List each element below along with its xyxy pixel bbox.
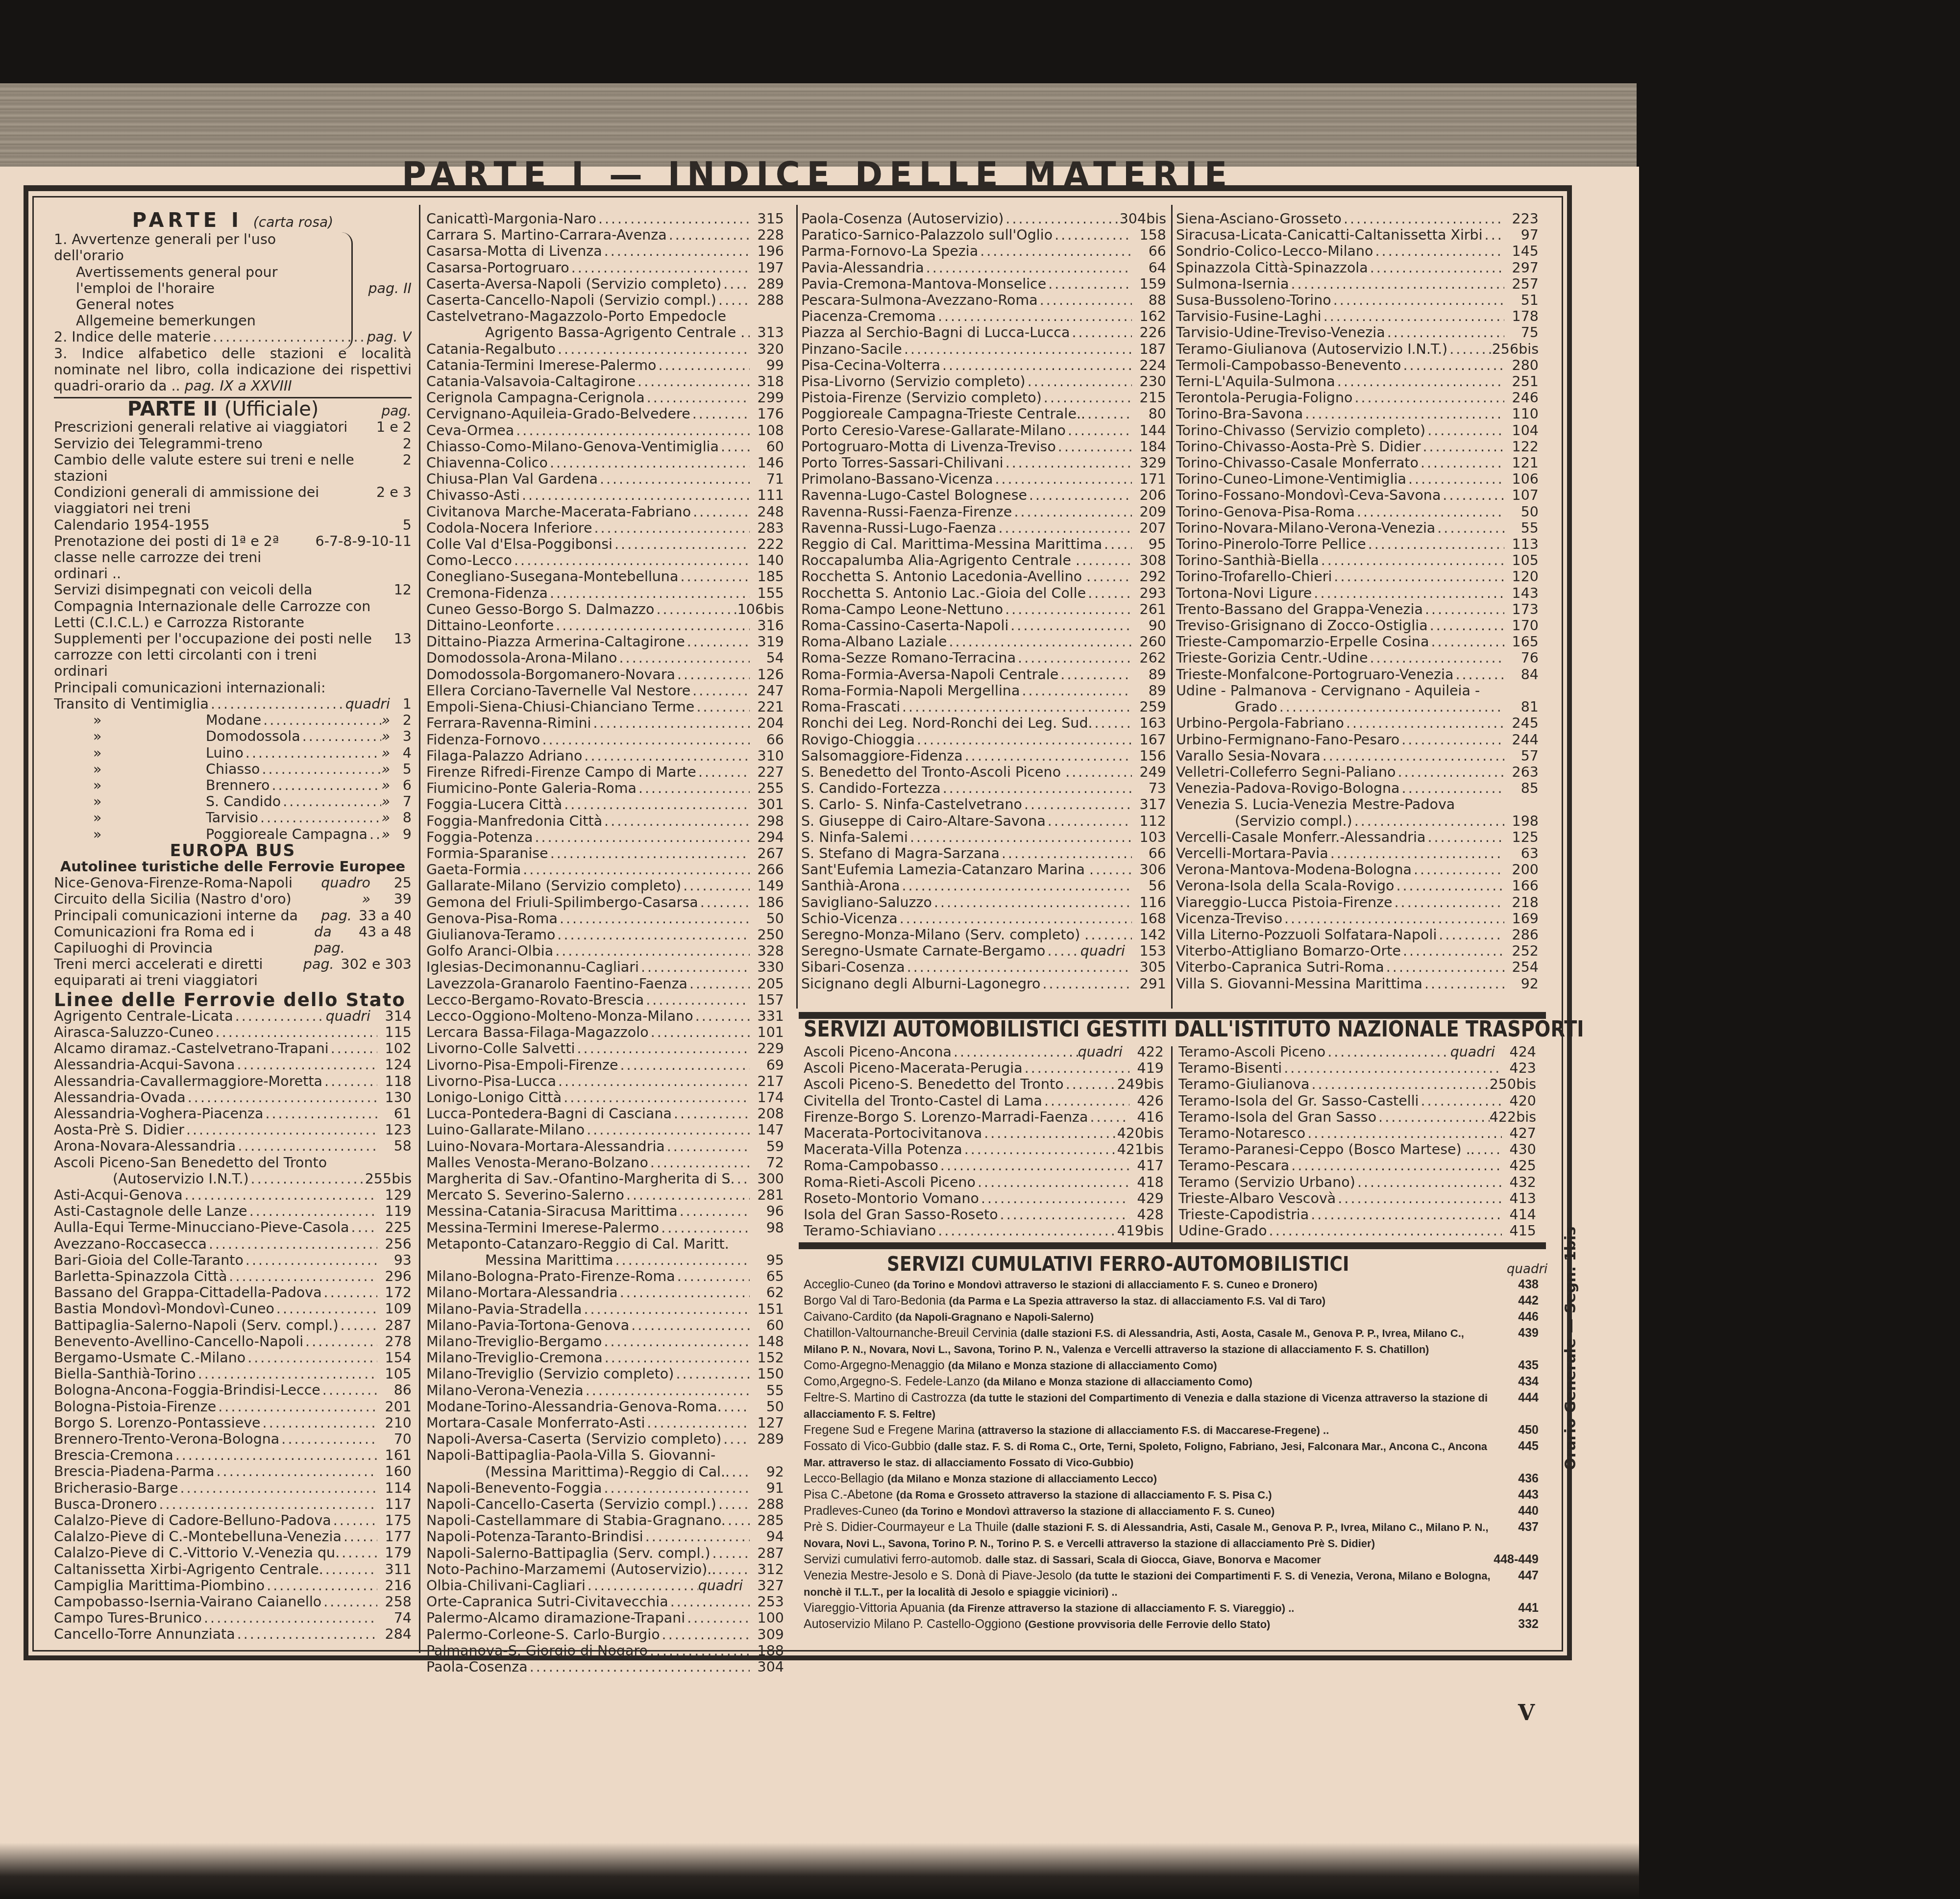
index-entry[interactable]: Palermo-Corleone-S. Carlo-Burgio309 <box>426 1627 784 1643</box>
index-entry[interactable]: Ravenna-Russi-Lugo-Faenza207 <box>801 520 1166 536</box>
index-entry[interactable]: Cremona-Fidenza155 <box>426 585 784 601</box>
index-entry[interactable]: Pinzano-Sacile187 <box>801 341 1166 357</box>
index-entry[interactable]: Margherita di Sav.-Ofantino-Margherita d… <box>426 1171 784 1187</box>
index-entry[interactable]: Torino-Cuneo-Limone-Ventimiglia106 <box>1176 471 1539 487</box>
index-entry[interactable]: Firenze-Borgo S. Lorenzo-Marradi-Faenza4… <box>804 1109 1164 1125</box>
index-entry[interactable]: Viterbo-Attigliano Bomarzo-Orte252 <box>1176 943 1539 959</box>
index-entry[interactable]: Santhià-Arona56 <box>801 878 1166 894</box>
index-entry[interactable]: Rocchetta S. Antonio Lac.-Gioia del Coll… <box>801 585 1166 601</box>
index-entry[interactable]: Roma-Sezze Romano-Terracina262 <box>801 650 1166 666</box>
index-entry[interactable]: Tarvisio-Udine-Treviso-Venezia75 <box>1176 324 1539 341</box>
index-entry[interactable]: Venezia S. Lucia-Venezia Mestre-Padova <box>1176 796 1539 813</box>
index-entry[interactable]: Noto-Pachino-Marzamemi (Autoservizio)..3… <box>426 1561 784 1578</box>
index-entry[interactable]: Sicignano degli Alburni-Lagonegro291 <box>801 976 1166 992</box>
index-entry[interactable]: Mercato S. Severino-Salerno281 <box>426 1187 784 1203</box>
index-entry[interactable]: Chiavenna-Colico146 <box>426 455 784 471</box>
cumulative-entry[interactable]: Viareggio-Vittoria Apuania (da Firenze a… <box>804 1600 1539 1616</box>
index-entry[interactable]: Aosta-Prè S. Didier123 <box>54 1122 412 1138</box>
index-entry[interactable]: Napoli-Potenza-Taranto-Brindisi94 <box>426 1529 784 1545</box>
index-entry[interactable]: Roseto-Montorio Vomano429 <box>804 1190 1164 1207</box>
index-entry[interactable]: Torino-Pinerolo-Torre Pellice113 <box>1176 536 1539 552</box>
index-entry[interactable]: Seregno-Monza-Milano (Serv. completo) .1… <box>801 927 1166 943</box>
index-entry[interactable]: Milano-Verona-Venezia55 <box>426 1382 784 1399</box>
index-entry[interactable]: Udine - Palmanova - Cervignano - Aquilei… <box>1176 683 1539 699</box>
index-entry[interactable]: Alessandria-Voghera-Piacenza61 <box>54 1106 412 1122</box>
index-entry[interactable]: Torino-Bra-Savona110 <box>1176 406 1539 422</box>
index-entry[interactable]: Macerata-Villa Potenza421bis <box>804 1141 1164 1158</box>
index-entry[interactable]: Terontola-Perugia-Foligno246 <box>1176 390 1539 406</box>
index-entry[interactable]: Milano-Mortara-Alessandria62 <box>426 1284 784 1301</box>
index-entry[interactable]: Velletri-Colleferro Segni-Paliano263 <box>1176 764 1539 780</box>
index-entry[interactable]: Lercara Bassa-Filaga-Magazzolo101 <box>426 1024 784 1040</box>
index-entry[interactable]: Treni merci accelerati e diretti equipar… <box>54 956 412 988</box>
index-entry[interactable]: Roma-Formia-Napoli Mergellina89 <box>801 683 1166 699</box>
parte1-item3[interactable]: 3. Indice alfabetico delle stazioni e lo… <box>54 345 412 395</box>
index-entry-continuation[interactable]: (Autoservizio I.N.T.)255bis <box>54 1171 412 1187</box>
transit-entry[interactable]: »Luino»4 <box>54 745 412 761</box>
index-entry[interactable]: Casarsa-Motta di Livenza196 <box>426 243 784 259</box>
index-entry[interactable]: Calalzo-Pieve di C.-Vittorio V.-Venezia … <box>54 1545 412 1561</box>
index-entry[interactable]: Battipaglia-Salerno-Napoli (Serv. compl.… <box>54 1317 412 1333</box>
index-entry[interactable]: Torino-Fossano-Mondovì-Ceva-Savona107 <box>1176 487 1539 503</box>
cumulative-entry[interactable]: Fossato di Vico-Gubbio (dalle staz. F. S… <box>804 1438 1539 1471</box>
index-entry[interactable]: Terni-L'Aquila-Sulmona251 <box>1176 373 1539 390</box>
index-entry[interactable]: Trieste-Gorizia Centr.-Udine76 <box>1176 650 1539 666</box>
index-entry[interactable]: Casarsa-Portogruaro197 <box>426 260 784 276</box>
index-entry[interactable]: Foggia-Potenza294 <box>426 829 784 845</box>
index-entry[interactable]: Pistoia-Firenze (Servizio completo)215 <box>801 390 1166 406</box>
index-entry[interactable]: Chiusa-Plan Val Gardena71 <box>426 471 784 487</box>
index-entry[interactable]: Campo Tures-Brunico74 <box>54 1610 412 1626</box>
transit-entry[interactable]: »Poggioreale Campagna»9 <box>54 826 412 842</box>
index-entry[interactable]: Bologna-Pistoia-Firenze201 <box>54 1399 412 1415</box>
index-entry[interactable]: Lecco-Bergamo-Rovato-Brescia157 <box>426 992 784 1008</box>
index-entry[interactable]: Cervignano-Aquileia-Grado-Belvedere176 <box>426 406 784 422</box>
index-entry[interactable]: Vercelli-Casale Monferr.-Alessandria125 <box>1176 829 1539 845</box>
parte1-item1[interactable]: 1. Avvertenze generali per l'uso dell'or… <box>54 231 412 329</box>
index-entry[interactable]: Rovigo-Chioggia167 <box>801 732 1166 748</box>
index-entry[interactable]: Busca-Dronero117 <box>54 1496 412 1512</box>
cumulative-entry[interactable]: Autoservizio Milano P. Castello-Oggiono … <box>804 1616 1539 1632</box>
index-entry[interactable]: Brescia-Cremona161 <box>54 1447 412 1463</box>
transit-entry[interactable]: »S. Candido»7 <box>54 793 412 810</box>
index-entry[interactable]: Napoli-Salerno-Battipaglia (Serv. compl.… <box>426 1545 784 1561</box>
index-entry[interactable]: Paratico-Sarnico-Palazzolo sull'Oglio158 <box>801 227 1166 243</box>
index-entry[interactable]: Piazza al Serchio-Bagni di Lucca-Lucca22… <box>801 324 1166 341</box>
index-entry[interactable]: Golfo Aranci-Olbia328 <box>426 943 784 959</box>
index-entry[interactable]: Teramo-Pescara425 <box>1178 1158 1536 1174</box>
index-entry[interactable]: Prenotazione dei posti di 1ª e 2ª classe… <box>54 533 412 582</box>
index-entry[interactable]: Primolano-Bassano-Vicenza171 <box>801 471 1166 487</box>
index-entry[interactable]: Villa Literno-Pozzuoli Solfatara-Napoli2… <box>1176 927 1539 943</box>
index-entry[interactable]: Modane-Torino-Alessandria-Genova-Roma.50 <box>426 1399 784 1415</box>
parte1-item2[interactable]: 2. Indice delle materiepag. V <box>54 329 412 345</box>
index-entry-continuation[interactable]: Grado81 <box>1176 699 1539 715</box>
index-entry[interactable]: Caserta-Aversa-Napoli (Servizio completo… <box>426 276 784 292</box>
transit-entry[interactable]: »Brennero»6 <box>54 777 412 793</box>
index-entry[interactable]: Campiglia Marittima-Piombino216 <box>54 1578 412 1594</box>
index-entry[interactable]: Chiasso-Como-Milano-Genova-Ventimiglia60 <box>426 439 784 455</box>
index-entry[interactable]: Luino-Novara-Mortara-Alessandria59 <box>426 1138 784 1155</box>
index-entry[interactable]: S. Stefano di Magra-Sarzana66 <box>801 845 1166 862</box>
index-entry[interactable]: Bassano del Grappa-Cittadella-Padova172 <box>54 1284 412 1301</box>
index-entry[interactable]: Livorno-Colle Salvetti229 <box>426 1040 784 1057</box>
index-entry[interactable]: Trieste-Campomarzio-Erpelle Cosina165 <box>1176 634 1539 650</box>
index-entry[interactable]: Prescrizioni generali relative ai viaggi… <box>54 419 412 435</box>
index-entry[interactable]: Brennero-Trento-Verona-Bologna70 <box>54 1431 412 1447</box>
page-ref: 154 <box>377 1350 412 1366</box>
cumulative-entry[interactable]: Chatillon-Valtournanche-Breuil Cervinia … <box>804 1325 1539 1357</box>
index-entry[interactable]: Barletta-Spinazzola Città296 <box>54 1268 412 1284</box>
cumulative-entry[interactable]: Caivano-Cardito (da Napoli-Gragnano e Na… <box>804 1309 1539 1325</box>
index-entry[interactable]: Poggioreale Campagna-Trieste Centrale..8… <box>801 406 1166 422</box>
cumulative-entry[interactable]: Como-Argegno-Menaggio (da Milano e Monza… <box>804 1357 1539 1374</box>
index-entry[interactable]: Napoli-Castellammare di Stabia-Gragnano.… <box>426 1512 784 1529</box>
index-entry[interactable]: Milano-Pavia-Tortona-Genova60 <box>426 1317 784 1333</box>
cumulative-entry[interactable]: Borgo Val di Taro-Bedonia (da Parma e La… <box>804 1293 1539 1309</box>
index-entry[interactable]: Vercelli-Mortara-Pavia63 <box>1176 845 1539 862</box>
index-entry[interactable]: Roma-Rieti-Ascoli Piceno418 <box>804 1174 1164 1190</box>
cumulative-entry[interactable]: Acceglio-Cuneo (da Torino e Mondovì attr… <box>804 1277 1539 1293</box>
index-entry[interactable]: Pisa-Livorno (Servizio completo)230 <box>801 373 1166 390</box>
index-entry[interactable]: Tarvisio-Fusine-Laghi178 <box>1176 308 1539 324</box>
index-entry[interactable]: Roccapalumba Alia-Agrigento Centrale .30… <box>801 552 1166 568</box>
index-entry[interactable]: Avezzano-Roccasecca256 <box>54 1236 412 1252</box>
index-entry[interactable]: Biella-Santhià-Torino105 <box>54 1366 412 1382</box>
index-entry[interactable]: Trieste-Monfalcone-Portogruaro-Venezia84 <box>1176 666 1539 683</box>
page-ref: 187 <box>1132 341 1166 357</box>
index-entry[interactable]: Roma-Cassino-Caserta-Napoli90 <box>801 617 1166 634</box>
index-entry[interactable]: Foggia-Manfredonia Città298 <box>426 813 784 829</box>
index-entry[interactable]: Roma-Albano Laziale260 <box>801 634 1166 650</box>
index-entry[interactable]: Codola-Nocera Inferiore283 <box>426 520 784 536</box>
index-entry[interactable]: Teramo-Giulianova (Autoservizio I.N.T.)2… <box>1176 341 1539 357</box>
index-entry[interactable]: Viareggio-Lucca Pistoia-Firenze218 <box>1176 894 1539 911</box>
index-entry[interactable]: Macerata-Portocivitanova420bis <box>804 1125 1164 1141</box>
index-entry[interactable]: Pisa-Cecina-Volterra224 <box>801 357 1166 373</box>
index-entry[interactable]: Alessandria-Cavallermaggiore-Moretta118 <box>54 1073 412 1089</box>
index-entry[interactable]: Teramo (Servizio Urbano)432 <box>1178 1174 1536 1190</box>
index-entry[interactable]: Torino-Trofarello-Chieri120 <box>1176 568 1539 585</box>
index-entry[interactable]: Ferrara-Ravenna-Rimini204 <box>426 715 784 731</box>
index-entry[interactable]: Siracusa-Licata-Canicatti-Caltanissetta … <box>1176 227 1539 243</box>
index-entry[interactable]: Milano-Treviglio-Cremona152 <box>426 1350 784 1366</box>
index-entry[interactable]: Bologna-Ancona-Foggia-Brindisi-Lecce86 <box>54 1382 412 1398</box>
index-entry[interactable]: Napoli-Cancello-Caserta (Servizio compl.… <box>426 1496 784 1512</box>
index-entry[interactable]: Teramo-Ascoli Picenoquadri424 <box>1178 1044 1536 1060</box>
index-entry[interactable]: Cuneo Gesso-Borgo S. Dalmazzo106bis <box>426 601 784 617</box>
index-entry[interactable]: Portogruaro-Motta di Livenza-Treviso184 <box>801 439 1166 455</box>
page-ref: 306 <box>1132 862 1166 878</box>
index-entry[interactable]: Airasca-Saluzzo-Cuneo115 <box>54 1024 412 1040</box>
index-entry[interactable]: S. Carlo- S. Ninfa-Castelvetrano317 <box>801 796 1166 813</box>
cumulative-entry[interactable]: Lecco-Bellagio (da Milano e Monza stazio… <box>804 1471 1539 1487</box>
index-entry[interactable]: Dittaino-Leonforte316 <box>426 617 784 634</box>
index-entry[interactable]: Firenze Rifredi-Firenze Campo di Marte22… <box>426 764 784 780</box>
cumulative-heading: SERVIZI CUMULATIVI FERRO-AUTOMOBILISTICI <box>887 1252 1349 1276</box>
index-entry[interactable]: Giulianova-Teramo250 <box>426 927 784 943</box>
index-entry[interactable]: Cambio delle valute estere sui treni e n… <box>54 452 412 484</box>
index-entry[interactable]: Benevento-Avellino-Cancello-Napoli278 <box>54 1333 412 1350</box>
index-entry[interactable]: Fidenza-Fornovo66 <box>426 732 784 748</box>
index-entry[interactable]: Principali comunicazioni interne dapag.3… <box>54 908 412 924</box>
index-entry-continuation[interactable]: (Servizio compl.)198 <box>1176 813 1539 829</box>
index-entry[interactable]: Domodossola-Arona-Milano54 <box>426 650 784 666</box>
index-entry[interactable]: Teramo-Isola del Gran Sasso422bis <box>1178 1109 1536 1125</box>
index-entry[interactable]: Servizio dei Telegrammi-treno2 <box>54 436 412 452</box>
index-entry[interactable]: Chivasso-Asti111 <box>426 487 784 503</box>
index-entry-continuation[interactable]: Messina Marittima95 <box>426 1252 784 1268</box>
index-entry[interactable]: Sibari-Cosenza305 <box>801 959 1166 975</box>
transit-entry[interactable]: »Tarvisio»8 <box>54 810 412 826</box>
index-entry[interactable]: Asti-Acqui-Genova129 <box>54 1187 412 1203</box>
index-entry[interactable]: Orte-Capranica Sutri-Civitavecchia253 <box>426 1594 784 1610</box>
index-entry[interactable]: Alessandria-Acqui-Savona124 <box>54 1057 412 1073</box>
index-entry[interactable]: Circuito della Sicilia (Nastro d'oro)»39 <box>54 891 412 907</box>
index-entry[interactable]: Ascoli Piceno-Anconaquadri422 <box>804 1044 1164 1060</box>
cumulative-entry[interactable]: Pradleves-Cuneo (da Torino e Mondovì att… <box>804 1503 1539 1519</box>
index-entry[interactable]: Siena-Asciano-Grosseto223 <box>1176 211 1539 227</box>
index-entry[interactable]: Trieste-Capodistria414 <box>1178 1207 1536 1223</box>
index-entry[interactable]: Como-Lecco140 <box>426 552 784 568</box>
index-entry[interactable]: Trieste-Albaro Vescovà413 <box>1178 1190 1536 1207</box>
index-entry[interactable]: Trento-Bassano del Grappa-Venezia173 <box>1176 601 1539 617</box>
index-entry[interactable]: Teramo-Notaresco427 <box>1178 1125 1536 1141</box>
cumulative-entry[interactable]: Como,Argegno-S. Fedele-Lanzo (da Milano … <box>804 1374 1539 1390</box>
index-entry[interactable]: Livorno-Pisa-Lucca217 <box>426 1073 784 1089</box>
index-entry[interactable]: Conegliano-Susegana-Montebelluna185 <box>426 568 784 585</box>
index-entry[interactable]: Urbino-Fermignano-Fano-Pesaro244 <box>1176 732 1539 748</box>
index-entry[interactable]: Teramo-Isola del Gr. Sasso-Castelli420 <box>1178 1093 1536 1109</box>
index-entry[interactable]: Messina-Termini Imerese-Palermo98 <box>426 1220 784 1236</box>
index-entry[interactable]: Treviso-Grisignano di Zocco-Ostiglia170 <box>1176 617 1539 634</box>
index-entry[interactable]: Arona-Novara-Alessandria58 <box>54 1138 412 1154</box>
index-entry[interactable]: Caserta-Cancello-Napoli (Servizio compl.… <box>426 292 784 308</box>
index-entry[interactable]: Parma-Fornovo-La Spezia66 <box>801 243 1166 259</box>
index-entry[interactable]: Gaeta-Formia266 <box>426 862 784 878</box>
index-entry[interactable]: Empoli-Siena-Chiusi-Chianciano Terme221 <box>426 699 784 715</box>
index-entry[interactable]: Foggia-Lucera Città301 <box>426 796 784 813</box>
index-entry[interactable]: Lecco-Oggiono-Molteno-Monza-Milano331 <box>426 1008 784 1024</box>
index-entry[interactable]: S. Benedetto del Tronto-Ascoli Piceno .2… <box>801 764 1166 780</box>
index-entry[interactable]: Villa S. Giovanni-Messina Marittima92 <box>1176 976 1539 992</box>
index-entry[interactable]: Condizioni generali di ammissione dei vi… <box>54 484 412 517</box>
index-entry[interactable]: Gallarate-Milano (Servizio completo)149 <box>426 878 784 894</box>
index-entry[interactable]: Lonigo-Lonigo Città174 <box>426 1089 784 1106</box>
page-ref: 177 <box>377 1529 412 1545</box>
cumulative-entry[interactable]: Venezia Mestre-Jesolo e S. Donà di Piave… <box>804 1568 1539 1600</box>
index-entry[interactable]: Napoli-Benevento-Foggia91 <box>426 1480 784 1496</box>
transit-entry[interactable]: Transito diVentimigliaquadri1 <box>54 696 412 712</box>
index-entry[interactable]: Servizi disimpegnati con veicoli della C… <box>54 582 412 631</box>
index-entry[interactable]: Domodossola-Borgomanero-Novara126 <box>426 666 784 683</box>
page-ref: 429 <box>1129 1190 1164 1207</box>
index-entry[interactable]: Verona-Mantova-Modena-Bologna200 <box>1176 862 1539 878</box>
index-entry[interactable]: Napoli-Aversa-Caserta (Servizio completo… <box>426 1431 784 1447</box>
index-entry[interactable]: Urbino-Pergola-Fabriano245 <box>1176 715 1539 731</box>
index-entry[interactable]: Varallo Sesia-Novara57 <box>1176 748 1539 764</box>
index-entry[interactable]: Bastia Mondovì-Mondovì-Cuneo109 <box>54 1301 412 1317</box>
cumulative-entry[interactable]: Pisa C.-Abetone (da Roma e Grosseto attr… <box>804 1487 1539 1503</box>
index-entry[interactable]: Termoli-Campobasso-Benevento280 <box>1176 357 1539 373</box>
index-entry[interactable]: Luino-Gallarate-Milano147 <box>426 1122 784 1138</box>
index-entry[interactable]: Campobasso-Isernia-Vairano Caianello258 <box>54 1594 412 1610</box>
index-entry[interactable]: Mortara-Casale Monferrato-Asti127 <box>426 1415 784 1431</box>
transit-entry[interactable]: »Chiasso»5 <box>54 761 412 777</box>
index-entry[interactable]: Tortona-Novi Ligure143 <box>1176 585 1539 601</box>
index-entry[interactable]: Formia-Sparanise267 <box>426 845 784 862</box>
index-entry[interactable]: Catania-Regalbuto320 <box>426 341 784 357</box>
index-entry[interactable]: Piacenza-Cremoma162 <box>801 308 1166 324</box>
index-entry[interactable]: Lavezzola-Granarolo Faentino-Faenza205 <box>426 976 784 992</box>
index-entry[interactable]: Brescia-Piadena-Parma160 <box>54 1463 412 1480</box>
index-entry-continuation[interactable]: (Messina Marittima)-Reggio di Cal..92 <box>426 1464 784 1480</box>
index-entry[interactable]: Ravenna-Lugo-Castel Bolognese206 <box>801 487 1166 503</box>
index-entry[interactable]: Supplementi per l'occupazione dei posti … <box>54 631 412 680</box>
index-entry[interactable]: Milano-Treviglio-Bergamo148 <box>426 1333 784 1350</box>
index-entry[interactable]: Nice-Genova-Firenze-Roma-Napoliquadro25 <box>54 875 412 891</box>
index-entry[interactable]: Cancello-Torre Annunziata284 <box>54 1626 412 1642</box>
cumulative-entry[interactable]: Feltre-S. Martino di Castrozza (da tutte… <box>804 1390 1539 1422</box>
index-entry[interactable]: Canicattì-Margonia-Naro315 <box>426 211 784 227</box>
index-entry[interactable]: Calendario 1954-19555 <box>54 517 412 533</box>
index-entry[interactable]: Fiumicino-Ponte Galeria-Roma255 <box>426 780 784 796</box>
index-entry[interactable]: Salsomaggiore-Fidenza156 <box>801 748 1166 764</box>
index-entry[interactable]: Teramo-Giulianova250bis <box>1178 1076 1536 1092</box>
index-entry[interactable]: Catania-Termini Imerese-Palermo99 <box>426 357 784 373</box>
index-entry[interactable]: Paola-Cosenza304 <box>426 1659 784 1675</box>
index-entry[interactable]: Milano-Bologna-Prato-Firenze-Roma65 <box>426 1268 784 1284</box>
index-entry[interactable]: Ronchi dei Leg. Nord-Ronchi dei Leg. Sud… <box>801 715 1166 731</box>
index-entry[interactable]: Udine-Grado415 <box>1178 1223 1536 1239</box>
index-entry[interactable]: Reggio di Cal. Marittima-Messina Maritti… <box>801 536 1166 552</box>
page-ref: 289 <box>750 276 784 292</box>
index-entry[interactable]: Torino-Santhià-Biella105 <box>1176 552 1539 568</box>
index-entry[interactable]: Milano-Treviglio (Servizio completo)150 <box>426 1366 784 1382</box>
index-entry[interactable]: Pescara-Sulmona-Avezzano-Roma88 <box>801 292 1166 308</box>
index-entry[interactable]: Schio-Vicenza168 <box>801 911 1166 927</box>
index-entry[interactable]: Civitella del Tronto-Castel di Lama426 <box>804 1093 1164 1109</box>
index-entry[interactable]: Iglesias-Decimonannu-Cagliari330 <box>426 959 784 975</box>
intl-heading: Principali comunicazioni internazionali: <box>54 680 412 696</box>
index-entry[interactable]: Teramo-Paranesi-Ceppo (Bosco Martese) ..… <box>1178 1141 1536 1158</box>
index-entry[interactable]: Caltanissetta Xirbi-Agrigento Centrale.3… <box>54 1561 412 1578</box>
index-entry[interactable]: Torino-Chivasso-Casale Monferrato121 <box>1176 455 1539 471</box>
index-entry[interactable]: Napoli-Battipaglia-Paola-Villa S. Giovan… <box>426 1447 784 1463</box>
index-entry[interactable]: Ascoli Piceno-S. Benedetto del Tronto249… <box>804 1076 1164 1092</box>
index-entry[interactable]: Pavia-Cremona-Mantova-Monselice159 <box>801 276 1166 292</box>
index-entry[interactable]: Viterbo-Capranica Sutri-Roma254 <box>1176 959 1539 975</box>
index-entry[interactable]: Susa-Bussoleno-Torino51 <box>1176 292 1539 308</box>
index-entry[interactable]: Roma-Campo Leone-Nettuno261 <box>801 601 1166 617</box>
transit-entry[interactable]: »Domodossola»3 <box>54 728 412 744</box>
index-entry[interactable]: Teramo-Schiaviano419bis <box>804 1223 1164 1239</box>
index-entry[interactable]: Porto Torres-Sassari-Chilivani329 <box>801 455 1166 471</box>
index-entry[interactable]: Carrara S. Martino-Carrara-Avenza228 <box>426 227 784 243</box>
index-entry[interactable]: Gemona del Friuli-Spilimbergo-Casarsa186 <box>426 894 784 911</box>
index-entry[interactable]: Ravenna-Russi-Faenza-Firenze209 <box>801 504 1166 520</box>
index-entry[interactable]: Malles Venosta-Merano-Bolzano72 <box>426 1155 784 1171</box>
index-entry[interactable]: Aulla-Equi Terme-Minucciano-Pieve-Casola… <box>54 1219 412 1235</box>
index-entry[interactable]: Agrigento Centrale-Licataquadri314 <box>54 1008 412 1024</box>
index-entry[interactable]: Alcamo diramaz.-Castelvetrano-Trapani102 <box>54 1040 412 1057</box>
index-entry[interactable]: Savigliano-Saluzzo116 <box>801 894 1166 911</box>
index-entry[interactable]: S. Candido-Fortezza73 <box>801 780 1166 796</box>
index-entry[interactable]: Catania-Valsavoia-Caltagirone318 <box>426 373 784 390</box>
index-entry[interactable]: Teramo-Bisenti423 <box>1178 1060 1536 1076</box>
index-entry[interactable]: Messina-Catania-Siracusa Marittima96 <box>426 1203 784 1219</box>
index-entry[interactable]: Bari-Gioia del Colle-Taranto93 <box>54 1252 412 1268</box>
index-entry[interactable]: Torino-Novara-Milano-Verona-Venezia55 <box>1176 520 1539 536</box>
index-entry[interactable]: Paola-Cosenza (Autoservizio)304bis <box>801 211 1166 227</box>
index-entry[interactable]: Vicenza-Treviso169 <box>1176 911 1539 927</box>
cumulative-entry[interactable]: Servizi cumulativi ferro-automob. dalle … <box>804 1552 1539 1568</box>
index-entry[interactable]: Livorno-Pisa-Empoli-Firenze69 <box>426 1057 784 1073</box>
index-entry[interactable]: Torino-Chivasso-Aosta-Prè S. Didier122 <box>1176 439 1539 455</box>
index-entry[interactable]: Ceva-Ormea108 <box>426 422 784 439</box>
index-entry[interactable]: Palermo-Alcamo diramazione-Trapani100 <box>426 1610 784 1626</box>
index-entry[interactable]: Ascoli Piceno-San Benedetto del Tronto <box>54 1155 412 1171</box>
index-entry[interactable]: Roma-Frascati259 <box>801 699 1166 715</box>
index-entry[interactable]: S. Ninfa-Salemi103 <box>801 829 1166 845</box>
index-entry[interactable]: Cerignola Campagna-Cerignola299 <box>426 390 784 406</box>
index-entry[interactable]: Sulmona-Isernia257 <box>1176 276 1539 292</box>
index-entry[interactable]: Sondrio-Colico-Lecco-Milano145 <box>1176 243 1539 259</box>
index-entry[interactable]: Spinazzola Città-Spinazzola297 <box>1176 260 1539 276</box>
page-ref: 227 <box>750 764 784 780</box>
index-entry[interactable]: Bricherasio-Barge114 <box>54 1480 412 1496</box>
index-entry[interactable]: Milano-Pavia-Stradella151 <box>426 1301 784 1317</box>
index-entry[interactable]: Ellera Corciano-Tavernelle Val Nestore24… <box>426 683 784 699</box>
index-entry[interactable]: Bergamo-Usmate C.-Milano154 <box>54 1350 412 1366</box>
index-entry[interactable]: Alessandria-Ovada130 <box>54 1089 412 1106</box>
index-entry[interactable]: Castelvetrano-Magazzolo-Porto Empedocle <box>426 308 784 324</box>
index-entry[interactable]: Civitanova Marche-Macerata-Fabriano248 <box>426 504 784 520</box>
index-entry[interactable]: Rocchetta S. Antonio Lacedonia-Avellino … <box>801 568 1166 585</box>
index-entry[interactable]: Pavia-Alessandria64 <box>801 260 1166 276</box>
index-entry[interactable]: Dittaino-Piazza Armerina-Caltagirone319 <box>426 634 784 650</box>
index-entry[interactable]: Torino-Chivasso (Servizio completo)104 <box>1176 422 1539 439</box>
index-entry-continuation[interactable]: Agrigento Bassa-Agrigento Centrale .313 <box>426 324 784 341</box>
index-entry[interactable]: Metaponto-Catanzaro-Reggio di Cal. Marit… <box>426 1236 784 1252</box>
cumulative-entry[interactable]: Fregene Sud e Fregene Marina (attraverso… <box>804 1422 1539 1438</box>
index-entry[interactable]: Calalzo-Pieve di C.-Montebelluna-Venezia… <box>54 1529 412 1545</box>
index-entry[interactable]: Filaga-Palazzo Adriano310 <box>426 748 784 764</box>
index-entry[interactable]: Roma-Formia-Aversa-Napoli Centrale89 <box>801 666 1166 683</box>
index-entry[interactable]: Genova-Pisa-Roma50 <box>426 911 784 927</box>
index-entry[interactable]: Borgo S. Lorenzo-Pontassieve210 <box>54 1415 412 1431</box>
index-entry[interactable]: Roma-Campobasso417 <box>804 1158 1164 1174</box>
index-entry[interactable]: Palmanova-S. Giorgio di Nogaro188 <box>426 1643 784 1659</box>
index-entry[interactable]: Porto Ceresio-Varese-Gallarate-Milano144 <box>801 422 1166 439</box>
index-entry[interactable]: Seregno-Usmate Carnate-Bergamoquadri153 <box>801 943 1166 959</box>
index-entry[interactable]: Verona-Isola della Scala-Rovigo166 <box>1176 878 1539 894</box>
index-entry[interactable]: Ascoli Piceno-Macerata-Perugia419 <box>804 1060 1164 1076</box>
cumulative-entry[interactable]: Prè S. Didier-Courmayeur e La Thuile (da… <box>804 1519 1539 1552</box>
index-entry[interactable]: Asti-Castagnole delle Lanze119 <box>54 1203 412 1219</box>
index-entry[interactable]: Venezia-Padova-Rovigo-Bologna85 <box>1176 780 1539 796</box>
index-entry[interactable]: Lucca-Pontedera-Bagni di Casciana208 <box>426 1106 784 1122</box>
index-entry[interactable]: S. Giuseppe di Cairo-Altare-Savona112 <box>801 813 1166 829</box>
index-entry[interactable]: Calalzo-Pieve di Cadore-Belluno-Padova17… <box>54 1512 412 1529</box>
index-entry[interactable]: Isola del Gran Sasso-Roseto428 <box>804 1207 1164 1223</box>
transit-entry[interactable]: »Modane»2 <box>54 712 412 728</box>
index-entry[interactable]: Torino-Genova-Pisa-Roma50 <box>1176 504 1539 520</box>
index-entry[interactable]: Sant'Eufemia Lamezia-Catanzaro Marina .3… <box>801 862 1166 878</box>
index-entry[interactable]: Olbia-Chilivani-Cagliariquadri327 <box>426 1578 784 1594</box>
index-entry[interactable]: Comunicazioni fra Roma ed i Capiluoghi d… <box>54 924 412 956</box>
index-entry[interactable]: Colle Val d'Elsa-Poggibonsi222 <box>426 536 784 552</box>
